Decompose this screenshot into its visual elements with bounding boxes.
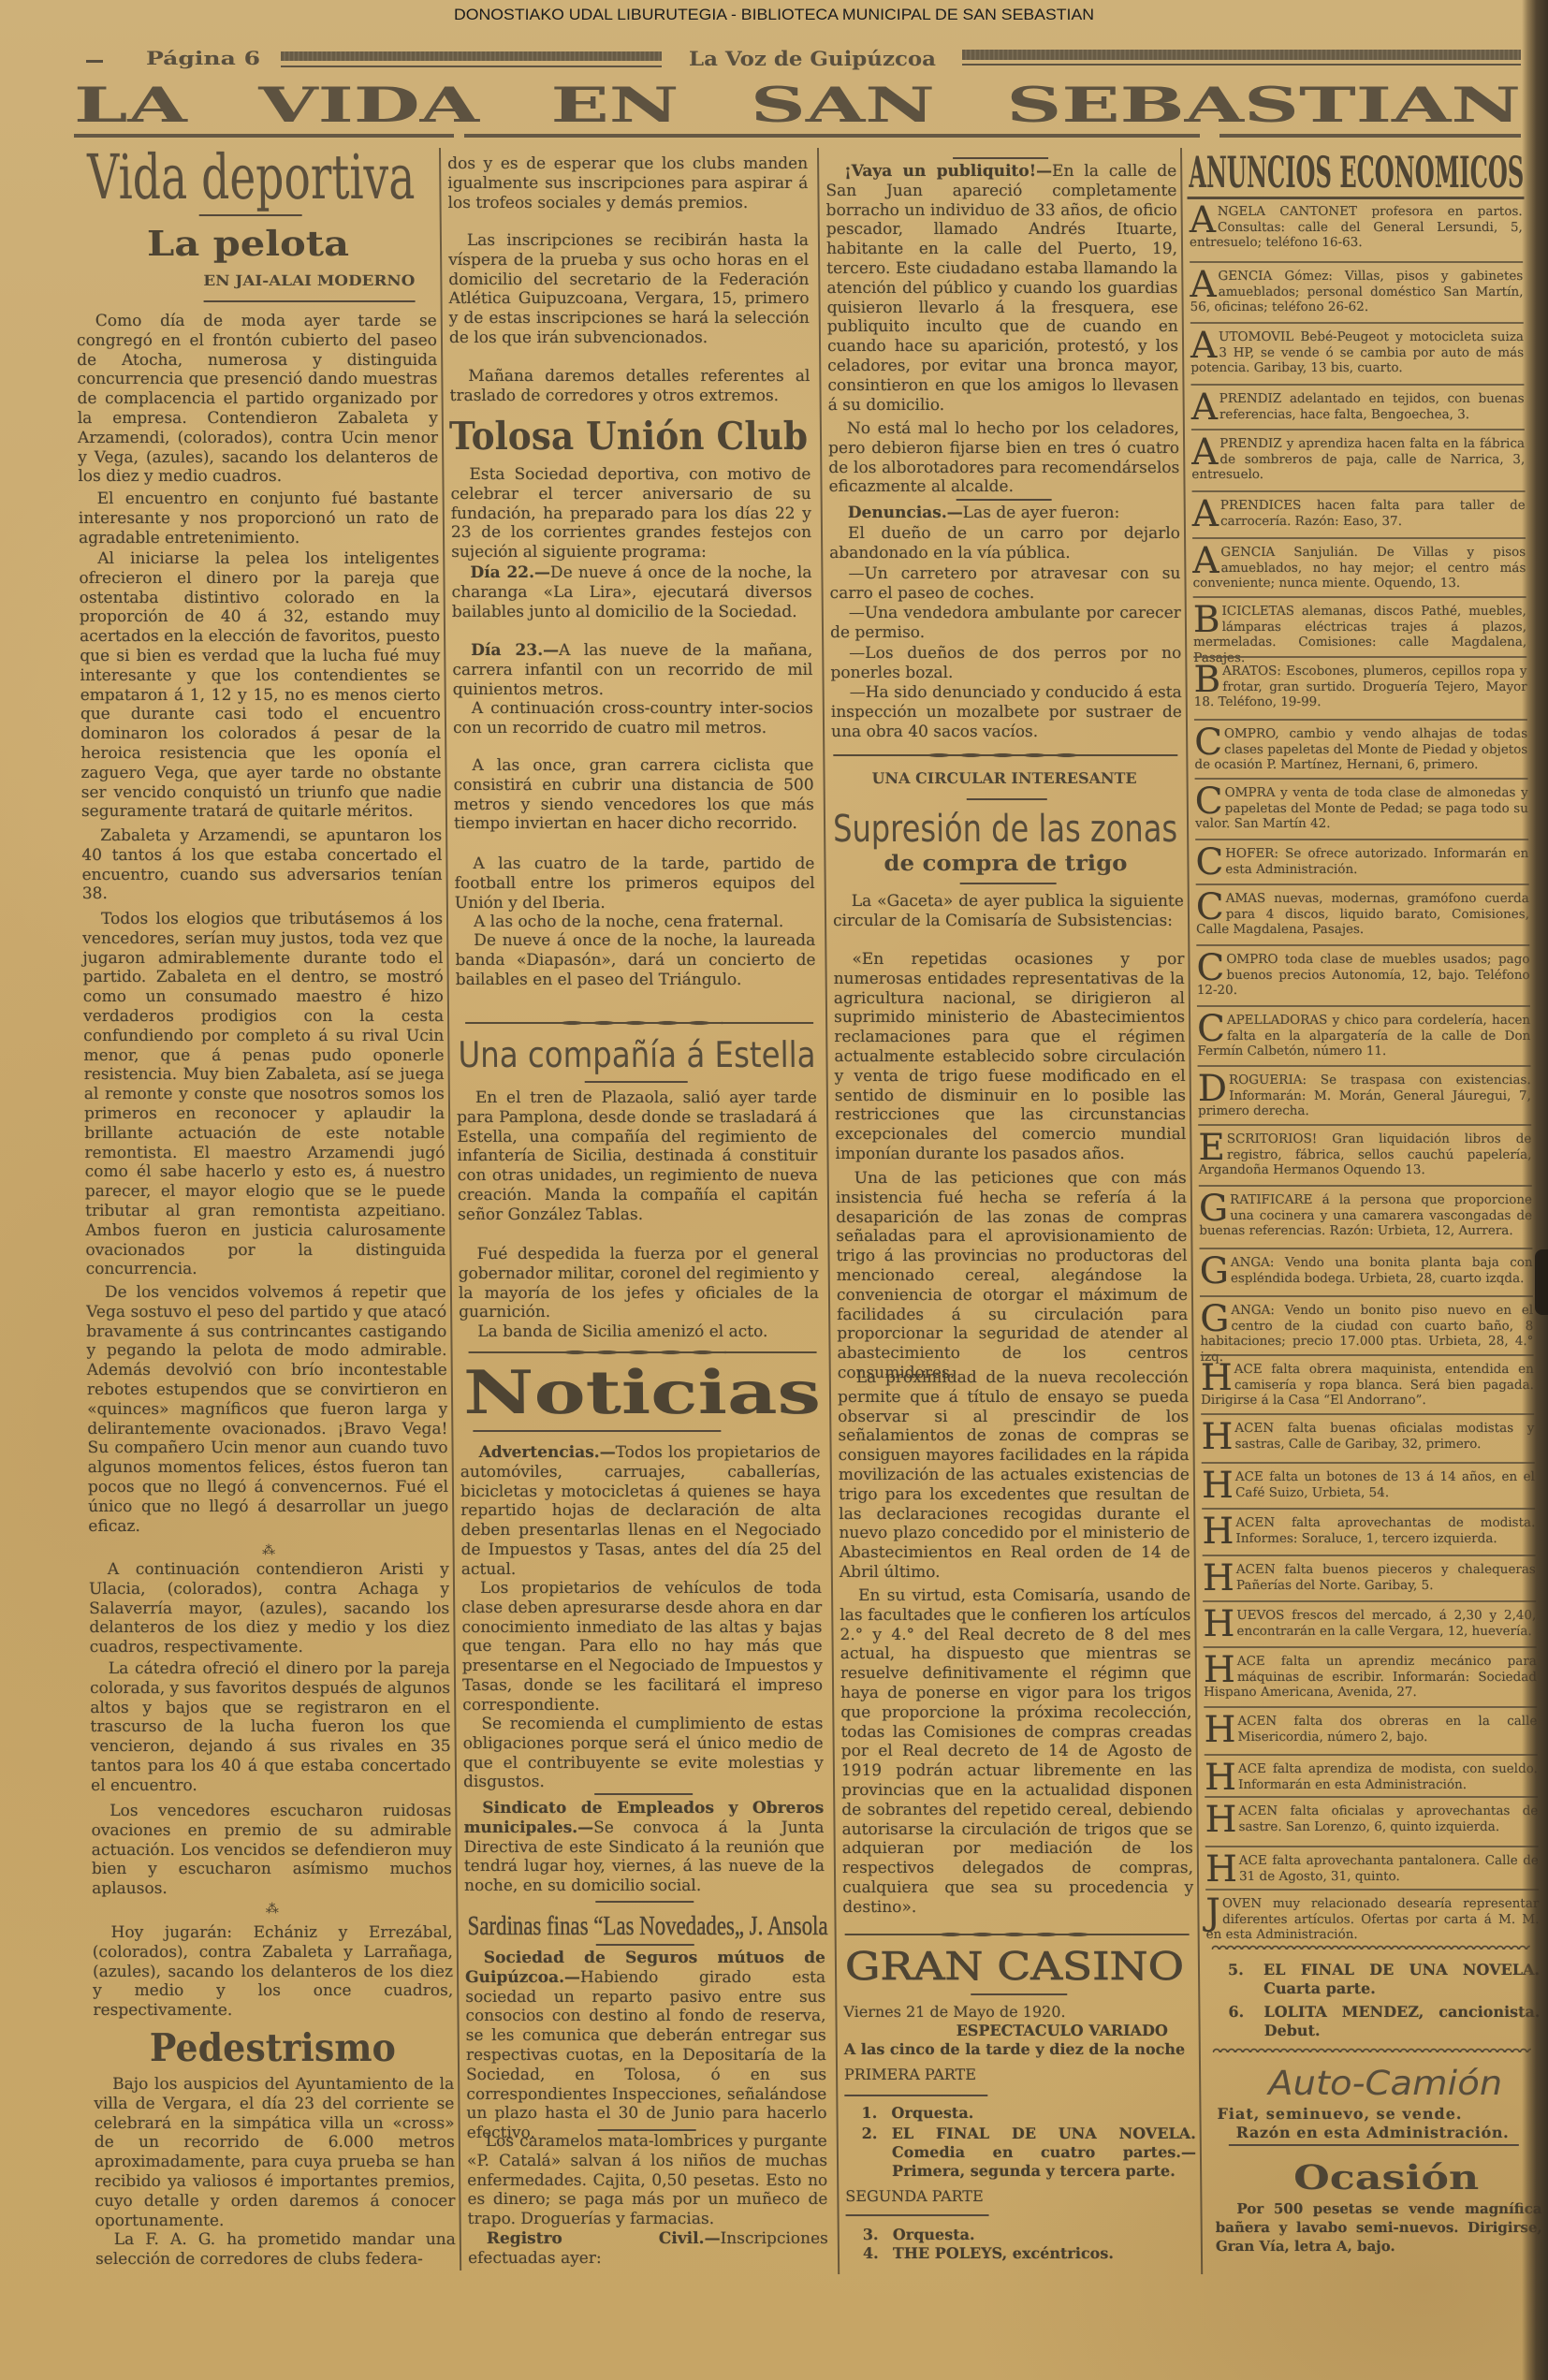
drop-cap: C — [1196, 893, 1224, 922]
drop-cap: C — [1194, 728, 1222, 757]
lead-in: Registro Civil.— — [487, 2229, 721, 2248]
classified-ad: AGENCIA Sanjulián. De Villas y pisos amu… — [1192, 545, 1526, 591]
classifieds-heading: ANUNCIOS ECONOMICOS — [1189, 148, 1526, 191]
rule-divider — [953, 157, 1048, 159]
article-paragraph: El encuentro en conjunto fué bastante in… — [79, 489, 440, 548]
ad-text: OMPRO, cambio y vendo alhajas de todas c… — [1194, 726, 1527, 772]
rule-divider — [598, 2129, 696, 2131]
article-paragraph: Los propietarios de vehículos de toda cl… — [461, 1579, 823, 1716]
item-text: LOLITA MENDEZ, cancionista. Debut. — [1263, 2003, 1540, 2040]
drop-cap: C — [1196, 954, 1224, 983]
news-item: Sindicato de Empleados y Obreros municip… — [463, 1799, 825, 1896]
classified-ad: HUEVOS frescos del mercado, á 2,30 y 2,4… — [1203, 1608, 1536, 1639]
auto-camion-heading: Auto-Camión — [1268, 2057, 1508, 2102]
lead-in: Día 22.— — [470, 563, 550, 582]
drop-cap: A — [1190, 331, 1217, 360]
ad-text: RATIFICARE á la persona que proporcione … — [1199, 1192, 1532, 1238]
item-text: THE POLEYS, excéntricos. — [893, 2244, 1197, 2263]
news-item: Registro Civil.—Inscripciones efectuadas… — [468, 2229, 828, 2269]
rule-divider — [957, 499, 1052, 501]
ad-text: GENCIA Gómez: Villas, pisos y gabinetes … — [1190, 269, 1524, 314]
ornamental-rule — [469, 1350, 817, 1355]
wavy-rule — [1212, 1943, 1530, 1949]
ad-text: ACE falta un botones de 13 á 14 años, en… — [1235, 1469, 1535, 1500]
article-paragraph: A continuación contendieron Aristi y Ula… — [89, 1560, 450, 1657]
ad-text: ACE falta aprovechanta pantalonera. Call… — [1239, 1853, 1539, 1884]
drop-cap: H — [1201, 1423, 1233, 1452]
drop-cap: D — [1198, 1074, 1228, 1103]
article-paragraph: Esta Sociedad deportiva, con motivo de c… — [450, 465, 811, 562]
denuncia-item: El dueño de un carro por dejarlo abandon… — [829, 524, 1180, 563]
lead-in: ¡Vaya un publiquito!— — [844, 162, 1052, 181]
ornamental-rule — [845, 1932, 1190, 1937]
item-number: 3. — [863, 2226, 893, 2244]
classified-ad: GRATIFICARE á la persona que proporcione… — [1199, 1192, 1532, 1239]
ad-text: ACEN falta aprovechantas de modista. Inf… — [1235, 1515, 1535, 1546]
article-paragraph: En el tren de Plazaola, salió ayer tarde… — [457, 1088, 818, 1225]
drop-cap: H — [1203, 1610, 1234, 1639]
drop-cap: A — [1190, 270, 1216, 299]
drop-cap: G — [1200, 1257, 1229, 1286]
ad-text: ACEN falta oficialas y aprovechantas de … — [1238, 1803, 1538, 1834]
item-number: 1. — [861, 2104, 891, 2123]
item-text: Orquesta. — [893, 2226, 1197, 2244]
casino-program-item: 2.EL FINAL DE UNA NOVELA. Comedia en cua… — [862, 2124, 1197, 2181]
asterism-separator: ⁂ — [89, 1544, 449, 1557]
classified-ad: GANGA: Vendo una bonita planta baja con … — [1200, 1255, 1533, 1286]
news-item: Denuncias.—Las de ayer fueron: — [829, 504, 1180, 523]
program-paragraph: Día 22.—De nueve á once de la noche, la … — [451, 563, 812, 621]
ad-text: GENCIA Sanjulián. De Villas y pisos amue… — [1192, 545, 1526, 591]
article-paragraph: Fué despedida la fuerza por el general g… — [458, 1245, 819, 1322]
drop-cap: H — [1202, 1517, 1234, 1546]
lead-in: Advertencias.— — [479, 1443, 616, 1462]
article-paragraph: Como día de moda ayer tarde se congregó … — [77, 312, 439, 487]
drop-cap: G — [1200, 1305, 1229, 1334]
classified-ad: HACE falta un aprendiz mecánico para máq… — [1204, 1654, 1537, 1701]
ornamental-rule — [465, 1020, 813, 1026]
ad-text: ACEN falta buenos pieceros y chalequeras… — [1236, 1562, 1536, 1593]
estella-heading: Una compañía á Estella — [458, 1029, 820, 1080]
rule-divider — [585, 1081, 688, 1083]
ad-text: PRENDIZ adelantado en tejidos, con buena… — [1219, 391, 1525, 422]
article-paragraph: «En repetidas ocasiones y por numerosas … — [833, 950, 1186, 1164]
news-item: Advertencias.—Todos los propietarios de … — [460, 1443, 822, 1580]
news-item: ¡Vaya un publiquito!—En la calle de San … — [825, 162, 1179, 415]
ad-text: OVEN muy relacionado desearía representa… — [1206, 1896, 1540, 1942]
classified-ad: CAPELLADORAS y chico para cordelería, ha… — [1197, 1013, 1530, 1059]
drop-cap: A — [1192, 500, 1219, 529]
ad-text: NGELA CANTONET profesora en partos. Cons… — [1190, 204, 1523, 250]
article-paragraph: Zabaleta y Arzamendi, se apuntaron los 4… — [81, 826, 443, 904]
classified-ad: HACE falta obrera maquinista, entendida … — [1201, 1362, 1534, 1409]
classified-ad: HACE falta aprovechanta pantalonera. Cal… — [1205, 1853, 1539, 1884]
classified-ad: CHOFER: Se ofrece autorizado. Informarán… — [1195, 846, 1528, 877]
denuncia-item: —Un carretero por atravesar con su carro… — [829, 564, 1180, 604]
drop-cap: A — [1191, 393, 1218, 422]
estella-title: Una compañía á Estella — [458, 1034, 815, 1075]
newspaper-page: DONOSTIAKO UDAL LIBURUTEGIA - BIBLIOTECA… — [0, 0, 1548, 2380]
ad-text: PRENDICES hacen falta para taller de car… — [1220, 498, 1526, 529]
classified-ad: DROGUERIA: Se traspasa con existencias. … — [1198, 1073, 1531, 1119]
tolosa-heading: Tolosa Unión Club — [449, 410, 813, 460]
item-number: 2. — [862, 2124, 893, 2181]
auto-camion-line: Fiat, seminuevo, se vende. — [1217, 2105, 1462, 2124]
casino-program-item: 5.EL FINAL DE UNA NOVELA. Cuarta parte. — [1228, 1961, 1540, 1998]
classified-ad: HACEN falta buenos pieceros y chalequera… — [1203, 1562, 1536, 1593]
ad-text: HOFER: Se ofrece autorizado. Informarán … — [1225, 846, 1528, 877]
auto-camion-title: Auto-Camión — [1266, 2065, 1503, 2103]
lead-in: Denuncias.— — [848, 504, 963, 522]
gran-casino-heading: GRAN CASINO — [845, 1943, 1188, 1986]
ad-text: ARATOS: Escobones, plumeros, cepillos ro… — [1194, 664, 1527, 709]
classified-ad: BARATOS: Escobones, plumeros, cepillos r… — [1193, 664, 1526, 710]
article-paragraph: Al iniciarse la pelea los inteligentes o… — [79, 549, 442, 822]
ad-text: AMAS nuevas, modernas, gramófono cuerda … — [1196, 891, 1529, 937]
rule-divider — [595, 1901, 694, 1903]
pelota-subheading: EN JAI-ALAI MODERNO — [203, 271, 416, 290]
casino-date: Viernes 21 de Mayo de 1920. — [843, 2003, 1065, 2022]
paragraph-text: Todos los propietarios de automóviles, c… — [460, 1443, 822, 1579]
rule-divider — [199, 214, 302, 216]
sardinas-ad-text: Sardinas finas “Las Novedades„ J. Ansola — [467, 1911, 827, 1941]
classified-ad: AGENCIA Gómez: Villas, pisos y gabinetes… — [1190, 269, 1523, 315]
drop-cap: H — [1205, 1763, 1236, 1792]
classified-ad: HACEN falta buenas oficialas modistas y … — [1201, 1421, 1534, 1452]
ad-text: ROGUERIA: Se traspasa con existencias. I… — [1198, 1073, 1531, 1118]
pelota-subtitle: EN JAI-ALAI MODERNO — [203, 271, 415, 289]
casino-program-item: 4.THE POLEYS, excéntricos. — [863, 2244, 1197, 2263]
gran-casino-title: GRAN CASINO — [845, 1944, 1184, 1989]
drop-cap: A — [1192, 547, 1219, 576]
ocasion-heading: Ocasión — [1293, 2151, 1482, 2196]
article-paragraph: Todos los elogios que tributásemos á los… — [82, 910, 446, 1279]
article-paragraph: La proximidad de la nueva recolección pe… — [838, 1368, 1190, 1583]
drop-cap: H — [1205, 1855, 1237, 1884]
program-paragraph: A las ocho de la noche, cena fraternal. — [455, 913, 815, 932]
pedestrismo-title: Pedestrismo — [150, 2025, 396, 2070]
article-paragraph: Hoy jugarán: Echániz y Errezábal, (color… — [93, 1923, 454, 2021]
classified-ad: ESCRITORIOS! Gran liquidación libros de … — [1198, 1132, 1531, 1178]
vida-deportiva-heading: Vida deportiva — [87, 146, 421, 215]
page-columns: Vida deportiva La pelota EN JAI-ALAI MOD… — [0, 0, 1548, 2380]
noticias-heading: Noticias — [463, 1362, 825, 1420]
item-number: 5. — [1228, 1961, 1263, 1998]
program-paragraph: A las cuatro de la tarde, partido de foo… — [454, 854, 815, 913]
rule-divider — [846, 2214, 989, 2216]
article-paragraph: Los vencedores escucharon ruidosas ovaci… — [91, 1802, 452, 1899]
ad-text: ACEN falta dos obreras en la calle Miser… — [1237, 1714, 1537, 1745]
drop-cap: H — [1201, 1364, 1233, 1393]
drop-cap: J — [1205, 1898, 1220, 1927]
article-paragraph: La «Gaceta» de ayer publica la siguiente… — [833, 892, 1184, 931]
paragraph-text: En la calle de San Juan apareció complet… — [825, 162, 1178, 415]
article-paragraph-continued: dos y es de esperar que los clubs manden… — [447, 154, 809, 212]
drop-cap: B — [1193, 606, 1220, 635]
drop-cap: H — [1204, 1656, 1235, 1685]
item-text: Orquesta. — [891, 2104, 1195, 2123]
ocasion-title: Ocasión — [1293, 2158, 1479, 2197]
page-edge-shadow — [1522, 0, 1548, 2380]
program-paragraph: A continuación cross-country inter-socio… — [453, 699, 813, 738]
article-paragraph: La F. A. G. ha prometido mandar una sele… — [95, 2230, 456, 2270]
program-paragraph: A las once, gran carrera ciclista que co… — [453, 756, 814, 834]
article-paragraph: Se recomienda el cumplimiento de estas o… — [462, 1715, 824, 1792]
drop-cap: H — [1203, 1564, 1234, 1593]
classified-ad: APRENDICES hacen falta para taller de ca… — [1192, 498, 1526, 529]
drop-cap: B — [1193, 665, 1220, 694]
article-paragraph: Una de las peticiones que con más insist… — [836, 1169, 1189, 1383]
pedestrismo-heading: Pedestrismo — [150, 2023, 400, 2072]
program-paragraph: Día 23.—A las nueve de la mañana, carrer… — [452, 641, 813, 699]
item-number: 4. — [863, 2244, 893, 2263]
ink-blot — [1535, 1249, 1548, 1315]
circular-kicker-text: UNA CIRCULAR INTERESANTE — [871, 769, 1136, 787]
news-item: Los caramelos mata-lombrices y purgante … — [467, 2132, 828, 2229]
article-paragraph: Las inscripciones se recibirán hasta la … — [448, 231, 810, 348]
rule-divider — [967, 798, 1047, 800]
rule-divider — [844, 2095, 987, 2096]
circular-title: Supresión de las zonas — [833, 808, 1177, 851]
drop-cap: E — [1198, 1133, 1225, 1162]
article-paragraph: No está mal lo hecho por los celadores, … — [828, 419, 1180, 497]
ad-text: UEVOS frescos del mercado, á 2,30 y 2,40… — [1236, 1608, 1536, 1639]
classified-ad: HACE falta un botones de 13 á 14 años, e… — [1202, 1469, 1535, 1500]
classified-ad: HACE falta aprendiza de modista, con sue… — [1205, 1761, 1538, 1792]
rule-divider — [596, 1944, 694, 1946]
ornamental-rule — [833, 752, 1177, 758]
classified-ad: APRENDIZ adelantado en tejidos, con buen… — [1191, 391, 1525, 422]
casino-program-item: 1.Orquesta. — [861, 2104, 1195, 2123]
casino-show-times: A las cinco de la tarde y diez de la noc… — [844, 2040, 1186, 2059]
circular-subtitle: de compra de trigo — [884, 851, 1127, 876]
vida-deportiva-title: Vida deportiva — [86, 141, 415, 213]
article-paragraph: De los vencidos volvemos á repetir que V… — [86, 1283, 449, 1536]
article-paragraph: Bajo los auspicios del Ayuntamiento de l… — [94, 2075, 456, 2230]
item-text: EL FINAL DE UNA NOVELA. Comedia en cuatr… — [892, 2124, 1197, 2181]
drop-cap: C — [1197, 1015, 1225, 1044]
classified-ad: JOVEN muy relacionado desearía represent… — [1205, 1896, 1539, 1943]
classified-ad: HACEN falta dos obreras en la calle Mise… — [1204, 1714, 1537, 1745]
casino-program-item: 3.Orquesta. — [863, 2226, 1197, 2244]
drop-cap: C — [1195, 787, 1223, 816]
rule-divider — [960, 883, 1057, 884]
denuncia-item: —Los dueños de dos perros por no ponerle… — [830, 644, 1181, 683]
ocasion-text: Por 500 pesetas se vende magnífica bañer… — [1215, 2199, 1542, 2256]
article-paragraph: La banda de Sicilia amenizó el acto. — [459, 1322, 819, 1342]
wavy-rule — [1213, 2046, 1531, 2052]
ad-text: OMPRO toda clase de muebles usados; pago… — [1197, 952, 1530, 998]
ad-text: PRENDIZ y aprendiza hacen falta en la fá… — [1191, 436, 1525, 482]
item-text: EL FINAL DE UNA NOVELA. Cuarta parte. — [1263, 1961, 1540, 1998]
ad-text: ACE falta aprendiza de modista, con suel… — [1238, 1761, 1538, 1792]
ad-text: ACEN falta buenas oficialas modistas y s… — [1234, 1421, 1534, 1452]
denuncia-item: —Ha sido denunciado y conducido á esta i… — [831, 683, 1183, 741]
ad-text: ANGA: Vendo una bonita planta baja con e… — [1231, 1255, 1533, 1286]
drop-cap: A — [1191, 438, 1218, 467]
ad-text: APELLADORAS y chico para cordelería, hac… — [1197, 1013, 1530, 1059]
article-paragraph: Mañana daremos detalles referentes al tr… — [449, 367, 810, 406]
article-paragraph: La cátedra ofreció el dinero por la pare… — [90, 1659, 451, 1796]
noticias-title: Noticias — [463, 1358, 822, 1428]
drop-cap: A — [1190, 206, 1216, 235]
drop-cap: H — [1205, 1805, 1236, 1834]
circular-kicker: UNA CIRCULAR INTERESANTE — [871, 768, 1139, 787]
denuncia-item: —Una vendedora ambulante por carecer de … — [830, 604, 1181, 643]
ad-text: OMPRA y venta de toda clase de almonedas… — [1195, 785, 1528, 831]
program-paragraph: De nueve á once de la noche, la laureada… — [455, 931, 816, 989]
paragraph-text: Habiendo girado esta sociedad un reparto… — [465, 1968, 826, 2142]
ad-text: SCRITORIOS! Gran liquidación libros de r… — [1199, 1132, 1532, 1177]
pelota-heading: La pelota — [147, 221, 354, 271]
news-item: Sociedad de Seguros mútuos de Guipúzcoa.… — [465, 1949, 827, 2143]
rule-divider — [204, 300, 416, 302]
classified-ad: COMPRO toda clase de muebles usados; pag… — [1196, 952, 1529, 999]
asterism-separator: ⁂ — [92, 1903, 452, 1916]
classified-ad: APRENDIZ y aprendiza hacen falta en la f… — [1191, 436, 1525, 483]
lead-in: Día 23.— — [471, 641, 559, 660]
ad-text: ACE falta obrera maquinista, entendida e… — [1201, 1362, 1534, 1408]
classified-ad: ANGELA CANTONET profesora en partos. Con… — [1190, 204, 1523, 251]
sardinas-advertisement: Sardinas finas “Las Novedades„ J. Ansola — [467, 1909, 830, 1939]
classified-ad: HACEN falta aprovechantas de modista. In… — [1202, 1515, 1535, 1546]
casino-part-heading: SEGUNDA PARTE — [845, 2187, 984, 2206]
rule-divider — [594, 1793, 693, 1795]
item-number: 6. — [1228, 2003, 1263, 2040]
drop-cap: G — [1199, 1194, 1228, 1223]
drop-cap: H — [1202, 1471, 1234, 1500]
casino-show-type: ESPECTACULO VARIADO — [957, 2022, 1168, 2040]
paragraph-text: Las de ayer fueron: — [963, 504, 1120, 522]
drop-cap: C — [1195, 848, 1223, 877]
classified-ad: CAMAS nuevas, modernas, gramófono cuerda… — [1196, 891, 1529, 938]
tolosa-title: Tolosa Unión Club — [449, 414, 808, 459]
classified-ad: COMPRO, cambio y vendo alhajas de todas … — [1194, 726, 1527, 773]
pelota-title: La pelota — [147, 223, 349, 264]
auto-camion-line: Razón en esta Administración. — [1236, 2124, 1510, 2142]
drop-cap: H — [1204, 1716, 1235, 1745]
rule-divider — [971, 1993, 1067, 1995]
classifieds-title: ANUNCIOS ECONOMICOS — [1188, 147, 1524, 197]
casino-part-heading: PRIMERA PARTE — [844, 2066, 976, 2084]
article-paragraph: En su virtud, esta Comisaría, usando de … — [840, 1586, 1193, 1918]
classified-ad: HACEN falta oficialas y aprovechantas de… — [1205, 1803, 1538, 1834]
classified-ad: COMPRA y venta de toda clase de almoneda… — [1195, 785, 1528, 832]
ad-text: ACE falta un aprendiz mecánico para máqu… — [1204, 1654, 1537, 1700]
rule-divider — [473, 1430, 721, 1432]
casino-program-item: 6.LOLITA MENDEZ, cancionista. Debut. — [1228, 2003, 1540, 2040]
circular-subheading: de compra de trigo — [884, 848, 1129, 878]
classified-ad: AUTOMOVIL Bebé-Peugeot y motocicleta sui… — [1190, 329, 1524, 376]
ad-text: UTOMOVIL Bebé-Peugeot y motocicleta suiz… — [1190, 329, 1524, 375]
rule-divider — [1229, 2144, 1519, 2146]
